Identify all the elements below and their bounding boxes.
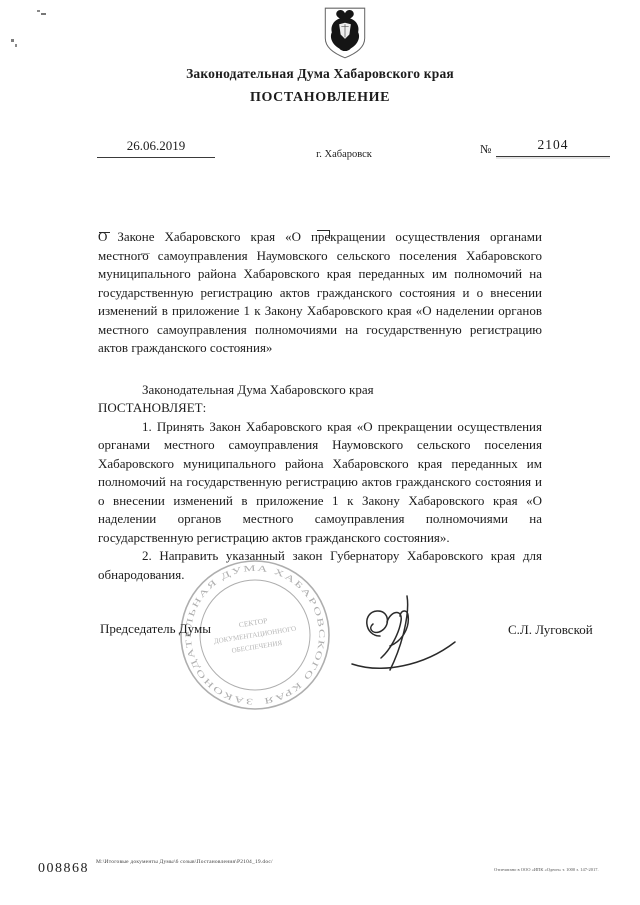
document-date: 26.06.2019 xyxy=(97,138,215,158)
scan-speck xyxy=(15,44,17,47)
stamp-center-line1: СЕКТОР xyxy=(238,616,268,629)
print-shop-note: Отпечатано в ООО «ИПК «Одеон» т. 1000 з.… xyxy=(494,867,599,872)
organization-name: Законодательная Дума Хабаровского края xyxy=(0,66,640,82)
scan-speck xyxy=(41,13,46,15)
preamble-line: Законодательная Дума Хабаровского края xyxy=(98,381,542,400)
signer-position: Председатель Думы xyxy=(100,621,211,637)
corner-proof-mark xyxy=(329,230,330,239)
file-path-note: М:\Итоговые документы Думы\6 созыв\Поста… xyxy=(96,859,273,865)
khabarovsk-krai-coat-of-arms xyxy=(322,6,368,60)
document-number: 2104 xyxy=(496,137,610,157)
scan-speck xyxy=(141,253,150,254)
number-sign: № xyxy=(480,142,491,157)
registration-number: 008868 xyxy=(38,861,89,877)
document-page: Законодательная Дума Хабаровского края П… xyxy=(0,0,640,905)
handwritten-signature xyxy=(350,584,465,684)
resolution-item-1: 1. Принять Закон Хабаровского края «О пр… xyxy=(98,418,542,548)
document-place: г. Хабаровск xyxy=(288,149,400,160)
document-body: О Законе Хабаровского края «О прекращени… xyxy=(98,228,542,584)
signer-name: С.Л. Луговской xyxy=(508,622,593,638)
resolves-line: ПОСТАНОВЛЯЕТ: xyxy=(98,399,542,418)
document-type-title: ПОСТАНОВЛЕНИЕ xyxy=(0,90,640,106)
scan-speck xyxy=(37,10,40,12)
scan-speck xyxy=(11,39,14,42)
document-title-paragraph: О Законе Хабаровского края «О прекращени… xyxy=(98,228,542,358)
overline-proof-mark xyxy=(99,232,110,233)
